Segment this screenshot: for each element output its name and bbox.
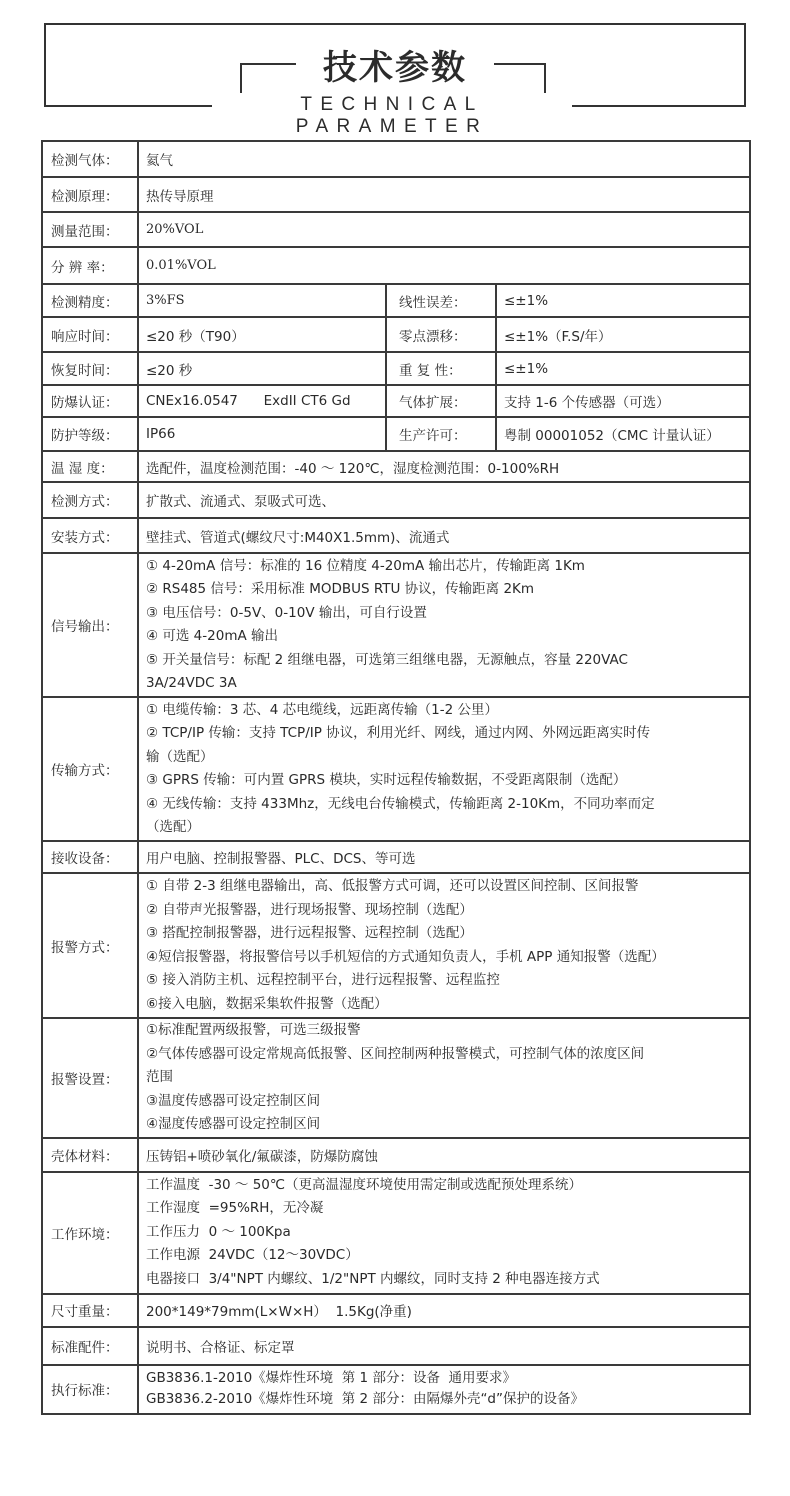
spec-label: 检测气体： — [42, 141, 138, 177]
list-item: 3A/24VDC 3A — [146, 672, 741, 696]
table-row: 报警设置： ①标准配置两级报警，可选三级报警 ②气体传感器可设定常规高低报警、区… — [42, 1018, 750, 1138]
spec-value: 热传导原理 — [138, 177, 750, 212]
spec-label: 重 复 性： — [386, 352, 496, 385]
table-row: 防护等级： IP66 生产许可： 粤制 00001052（CMC 计量认证） — [42, 417, 750, 451]
spec-label: 气体扩展： — [386, 385, 496, 417]
table-row: 传输方式： ① 电缆传输：3 芯、4 芯电缆线，远距离传输（1-2 公里） ② … — [42, 697, 750, 841]
spec-label: 传输方式： — [42, 697, 138, 841]
spec-table: 检测气体： 氦气 检测原理： 热传导原理 测量范围： 20%VOL 分 辨 率：… — [41, 140, 751, 1415]
spec-value: ≤±1%（F.S/年） — [496, 317, 750, 352]
table-row: 安装方式： 壁挂式、管道式(螺纹尺寸:M40X1.5mm)、流通式 — [42, 518, 750, 553]
spec-value: 选配件，温度检测范围：-40 ～ 120℃，湿度检测范围：0-100%RH — [138, 451, 750, 482]
spec-label: 恢复时间： — [42, 352, 138, 385]
right-bracket-decoration — [494, 63, 546, 93]
frame-bottom-right-line — [572, 105, 746, 107]
spec-value: CNEx16.0547 ExdII CT6 Gd — [138, 385, 386, 417]
list-item: 工作温度 -30 ～ 50℃（更高温湿度环境使用需定制或选配预处理系统） — [146, 1174, 741, 1198]
spec-value: 3%FS — [138, 284, 386, 317]
spec-label: 检测原理： — [42, 177, 138, 212]
spec-label: 接收设备： — [42, 841, 138, 873]
list-item: ③ 电压信号：0-5V、0-10V 输出，可自行设置 — [146, 602, 741, 626]
list-item: ① 4-20mA 信号：标准的 16 位精度 4-20mA 输出芯片，传输距离 … — [146, 555, 741, 579]
spec-label: 安装方式： — [42, 518, 138, 553]
list-item: ④湿度传感器可设定控制区间 — [146, 1113, 741, 1137]
spec-label: 壳体材料： — [42, 1138, 138, 1172]
frame-right-line — [744, 23, 746, 107]
list-item: ④ 可选 4-20mA 输出 — [146, 625, 741, 649]
spec-label: 线性误差： — [386, 284, 496, 317]
list-item: ② 自带声光报警器，进行现场报警、现场控制（选配） — [146, 899, 741, 923]
spec-value-list: GB3836.1-2010《爆炸性环境 第 1 部分：设备 通用要求》 GB38… — [138, 1365, 750, 1414]
spec-label: 测量范围： — [42, 212, 138, 247]
table-row: 响应时间： ≤20 秒（T90） 零点漂移： ≤±1%（F.S/年） — [42, 317, 750, 352]
spec-label: 响应时间： — [42, 317, 138, 352]
table-row: 温 湿 度： 选配件，温度检测范围：-40 ～ 120℃，湿度检测范围：0-10… — [42, 451, 750, 482]
spec-value: 20%VOL — [138, 212, 750, 247]
spec-label: 报警方式： — [42, 873, 138, 1018]
spec-label: 信号输出： — [42, 553, 138, 697]
page-subtitle: TECHNICAL PARAMETER — [212, 94, 572, 138]
list-item: ② RS485 信号：采用标准 MODBUS RTU 协议，传输距离 2Km — [146, 578, 741, 602]
spec-label: 尺寸重量： — [42, 1294, 138, 1327]
list-item: 范围 — [146, 1066, 741, 1090]
spec-label: 工作环境： — [42, 1172, 138, 1294]
list-item: 输（选配） — [146, 746, 741, 770]
page-title: 技术参数 — [290, 40, 500, 89]
spec-label: 防爆认证： — [42, 385, 138, 417]
spec-value: 0.01%VOL — [138, 247, 750, 284]
table-row: 执行标准： GB3836.1-2010《爆炸性环境 第 1 部分：设备 通用要求… — [42, 1365, 750, 1414]
table-row: 防爆认证： CNEx16.0547 ExdII CT6 Gd 气体扩展： 支持 … — [42, 385, 750, 417]
table-row: 信号输出： ① 4-20mA 信号：标准的 16 位精度 4-20mA 输出芯片… — [42, 553, 750, 697]
list-item: ⑤ 开关量信号：标配 2 组继电器，可选第三组继电器，无源触点，容量 220VA… — [146, 649, 741, 673]
list-item: （选配） — [146, 816, 741, 840]
spec-value-list: 工作温度 -30 ～ 50℃（更高温湿度环境使用需定制或选配预处理系统） 工作湿… — [138, 1172, 750, 1294]
spec-label: 标准配件： — [42, 1327, 138, 1365]
table-row: 尺寸重量： 200*149*79mm(L×W×H） 1.5Kg(净重) — [42, 1294, 750, 1327]
spec-value: ≤±1% — [496, 352, 750, 385]
list-item: ①标准配置两级报警，可选三级报警 — [146, 1019, 741, 1043]
list-item: 工作电源 24VDC（12～30VDC） — [146, 1244, 741, 1268]
list-item: ③ GPRS 传输：可内置 GPRS 模块，实时远程传输数据，不受距离限制（选配… — [146, 769, 741, 793]
spec-value-list: ① 电缆传输：3 芯、4 芯电缆线，远距离传输（1-2 公里） ② TCP/IP… — [138, 697, 750, 841]
spec-label: 生产许可： — [386, 417, 496, 451]
spec-label: 防护等级： — [42, 417, 138, 451]
spec-label: 温 湿 度： — [42, 451, 138, 482]
table-row: 测量范围： 20%VOL — [42, 212, 750, 247]
table-row: 报警方式： ① 自带 2-3 组继电器输出，高、低报警方式可调，还可以设置区间控… — [42, 873, 750, 1018]
table-row: 检测气体： 氦气 — [42, 141, 750, 177]
frame-bottom-left-line — [44, 105, 212, 107]
spec-value: 说明书、合格证、标定罩 — [138, 1327, 750, 1365]
table-row: 接收设备： 用户电脑、控制报警器、PLC、DCS、等可选 — [42, 841, 750, 873]
table-row: 标准配件： 说明书、合格证、标定罩 — [42, 1327, 750, 1365]
left-bracket-decoration — [240, 63, 296, 93]
table-row: 分 辨 率： 0.01%VOL — [42, 247, 750, 284]
spec-value: 氦气 — [138, 141, 750, 177]
list-item: 电器接口 3/4"NPT 内螺纹、1/2"NPT 内螺纹，同时支持 2 种电器连… — [146, 1268, 741, 1292]
list-item: ③温度传感器可设定控制区间 — [146, 1090, 741, 1114]
frame-left-line — [44, 23, 46, 107]
spec-value: ≤20 秒（T90） — [138, 317, 386, 352]
spec-label: 分 辨 率： — [42, 247, 138, 284]
list-item: ③ 搭配控制报警器，进行远程报警、远程控制（选配） — [146, 922, 741, 946]
spec-label: 检测精度： — [42, 284, 138, 317]
spec-value: 壁挂式、管道式(螺纹尺寸:M40X1.5mm)、流通式 — [138, 518, 750, 553]
table-row: 检测原理： 热传导原理 — [42, 177, 750, 212]
spec-value: 用户电脑、控制报警器、PLC、DCS、等可选 — [138, 841, 750, 873]
spec-label: 检测方式： — [42, 482, 138, 518]
table-row: 壳体材料： 压铸铝+喷砂氧化/氟碳漆，防爆防腐蚀 — [42, 1138, 750, 1172]
list-item: 工作湿度 =95%RH，无冷凝 — [146, 1197, 741, 1221]
spec-value: 支持 1-6 个传感器（可选） — [496, 385, 750, 417]
list-item: ⑤ 接入消防主机、远程控制平台，进行远程报警、远程监控 — [146, 969, 741, 993]
table-row: 检测方式： 扩散式、流通式、泵吸式可选、 — [42, 482, 750, 518]
frame-top-line — [44, 23, 746, 25]
list-item: ④短信报警器，将报警信号以手机短信的方式通知负责人，手机 APP 通知报警（选配… — [146, 946, 741, 970]
spec-value: ≤20 秒 — [138, 352, 386, 385]
list-item: 工作压力 0 ～ 100Kpa — [146, 1221, 741, 1245]
spec-value-list: ① 4-20mA 信号：标准的 16 位精度 4-20mA 输出芯片，传输距离 … — [138, 553, 750, 697]
table-row: 工作环境： 工作温度 -30 ～ 50℃（更高温湿度环境使用需定制或选配预处理系… — [42, 1172, 750, 1294]
spec-value: 扩散式、流通式、泵吸式可选、 — [138, 482, 750, 518]
list-item: ② TCP/IP 传输：支持 TCP/IP 协议，利用光纤、网线，通过内网、外网… — [146, 722, 741, 746]
table-row: 检测精度： 3%FS 线性误差： ≤±1% — [42, 284, 750, 317]
spec-value: IP66 — [138, 417, 386, 451]
spec-label: 零点漂移： — [386, 317, 496, 352]
spec-label: 报警设置： — [42, 1018, 138, 1138]
spec-value-list: ① 自带 2-3 组继电器输出，高、低报警方式可调，还可以设置区间控制、区间报警… — [138, 873, 750, 1018]
spec-value: 粤制 00001052（CMC 计量认证） — [496, 417, 750, 451]
spec-value-list: ①标准配置两级报警，可选三级报警 ②气体传感器可设定常规高低报警、区间控制两种报… — [138, 1018, 750, 1138]
list-item: GB3836.1-2010《爆炸性环境 第 1 部分：设备 通用要求》 — [146, 1368, 741, 1389]
list-item: ① 自带 2-3 组继电器输出，高、低报警方式可调，还可以设置区间控制、区间报警 — [146, 875, 741, 899]
spec-value: ≤±1% — [496, 284, 750, 317]
list-item: ⑥接入电脑，数据采集软件报警（选配） — [146, 993, 741, 1017]
list-item: ④ 无线传输：支持 433Mhz，无线电台传输模式，传输距离 2-10Km，不同… — [146, 793, 741, 817]
list-item: ②气体传感器可设定常规高低报警、区间控制两种报警模式，可控制气体的浓度区间 — [146, 1043, 741, 1067]
table-row: 恢复时间： ≤20 秒 重 复 性： ≤±1% — [42, 352, 750, 385]
spec-value: 200*149*79mm(L×W×H） 1.5Kg(净重) — [138, 1294, 750, 1327]
spec-value: 压铸铝+喷砂氧化/氟碳漆，防爆防腐蚀 — [138, 1138, 750, 1172]
spec-label: 执行标准： — [42, 1365, 138, 1414]
list-item: GB3836.2-2010《爆炸性环境 第 2 部分：由隔爆外壳“d”保护的设备… — [146, 1389, 741, 1410]
list-item: ① 电缆传输：3 芯、4 芯电缆线，远距离传输（1-2 公里） — [146, 699, 741, 723]
